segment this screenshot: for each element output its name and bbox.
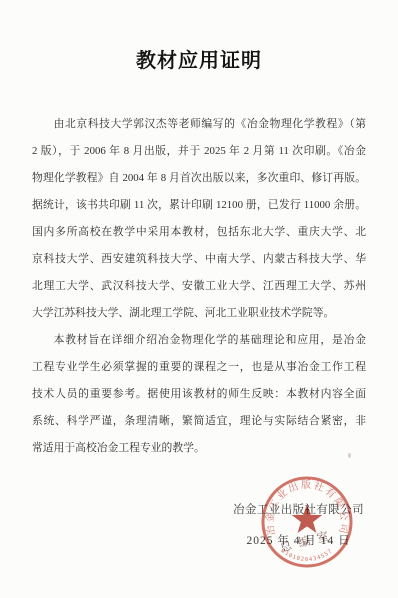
body-line: 2 版），于 2006 年 8 月出版，并于 2025 年 2 月第 11 次印… <box>32 138 366 165</box>
body-line: 常适用于高校冶金工程专业的教学。 <box>32 435 366 462</box>
document-title: 教材应用证明 <box>0 0 398 73</box>
body-line: 国内多所高校在教学中采用本教材，包括东北大学、重庆大学、北 <box>32 219 366 246</box>
certificate-page: 教材应用证明 由北京科技大学郭汉杰等老师编写的《冶金物理化学教程》（第2 版），… <box>0 0 398 598</box>
body-line: 物理化学教程》自 2004 年 8 月首次出版以来，多次重印、修订再版。 <box>32 165 366 192</box>
body-line: 工程专业学生必须掌握的重要的课程之一，也是从事冶金工作工程 <box>32 354 366 381</box>
company-seal: 冶金工业出版社有限公司 1101020434557 <box>258 473 356 571</box>
body-line: 技术人员的重要参考。据使用该教材的师生反映：本教材内容全面 <box>32 381 366 408</box>
document-body: 由北京科技大学郭汉杰等老师编写的《冶金物理化学教程》（第2 版），于 2006 … <box>32 111 366 462</box>
body-line: 由北京科技大学郭汉杰等老师编写的《冶金物理化学教程》（第 <box>32 111 366 138</box>
body-line: 京科技大学、西安建筑科技大学、中南大学、内蒙古科技大学、华 <box>32 246 366 273</box>
body-line: 据统计，该书共印刷 11 次，累计印刷 12100 册，已发行 11000 余册… <box>32 192 366 219</box>
body-line: 北理工大学、武汉科技大学、安徽工业大学、江西理工大学、苏州 <box>32 273 366 300</box>
body-line: 系统、科学严谨，条理清晰，繁简适宜，理论与实际结合紧密，非 <box>32 408 366 435</box>
paper-speck <box>348 453 351 458</box>
body-line: 本教材旨在详细介绍冶金物理化学的基础理论和应用，是冶金 <box>32 327 366 354</box>
body-line: 大学江苏科技大学、湖北理工学院、河北工业职业技术学院等。 <box>32 300 366 327</box>
